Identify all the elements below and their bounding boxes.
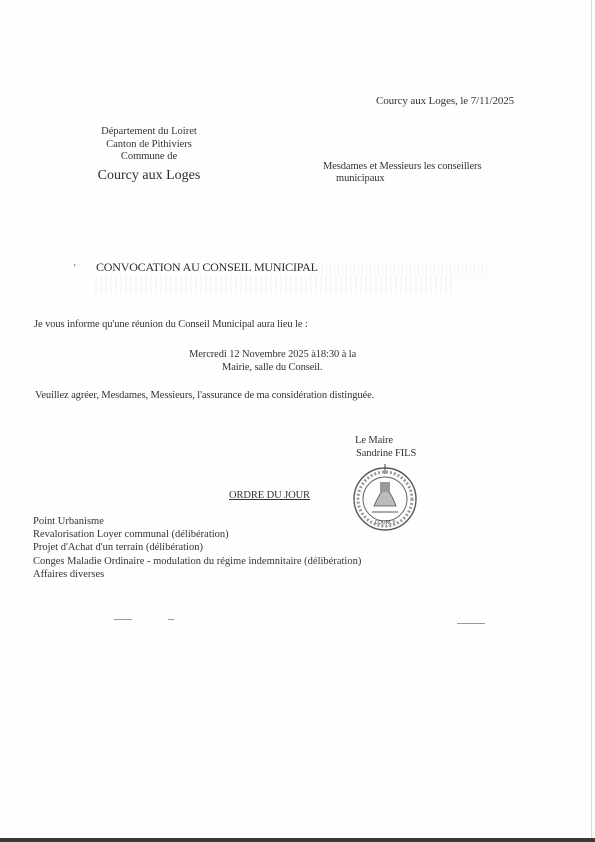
signature-name: Sandrine FILS — [356, 448, 416, 460]
title-mark: ’ — [73, 263, 76, 275]
scanned-document-page: Courcy aux Loges, le 7/11/2025 Départeme… — [0, 0, 595, 842]
agenda-list: Point Urbanisme Revalorisation Loyer com… — [33, 515, 361, 581]
recipient-line-1: Mesdames et Messieurs les conseillers — [323, 161, 481, 172]
agenda-item: Point Urbanisme — [33, 515, 361, 528]
agenda-heading: ORDRE DU JOUR — [229, 490, 310, 502]
meeting-date-line: Mercredi 12 Novembre 2025 à18:30 à la — [189, 349, 356, 361]
sender-block: Département du Loiret Canton de Pithivie… — [84, 126, 214, 184]
svg-text:COURCY: COURCY — [375, 520, 397, 526]
scan-edge-line — [591, 0, 592, 838]
agenda-item: Affaires diverses — [33, 568, 361, 581]
scan-artifact — [168, 619, 174, 620]
recipient-line-2: municipaux — [336, 173, 385, 185]
agenda-item: Projet d'Achat d'un terrain (délibératio… — [33, 541, 361, 554]
scan-bottom-edge — [0, 838, 595, 842]
scan-artifact — [457, 623, 485, 624]
intro-text: Je vous informe qu'une réunion du Consei… — [34, 319, 308, 331]
closing-text: Veuillez agréer, Mesdames, Messieurs, l'… — [35, 390, 374, 402]
agenda-item: Revalorisation Loyer communal (délibérat… — [33, 528, 361, 541]
sender-department: Département du Loiret — [84, 126, 214, 139]
scan-noise-band — [95, 276, 455, 294]
agenda-item: Conges Maladie Ordinaire - modulation du… — [33, 555, 361, 568]
sender-canton: Canton de Pithiviers — [84, 139, 214, 152]
sender-commune-name: Courcy aux Loges — [84, 167, 214, 184]
signature-title: Le Maire — [355, 435, 393, 447]
meeting-place-line: Mairie, salle du Conseil. — [222, 362, 322, 374]
sender-commune-label: Commune de — [84, 151, 214, 164]
date-line: Courcy aux Loges, le 7/11/2025 — [376, 95, 514, 107]
document-title: CONVOCATION AU CONSEIL MUNICIPAL — [96, 261, 318, 273]
scan-artifact — [114, 619, 132, 620]
